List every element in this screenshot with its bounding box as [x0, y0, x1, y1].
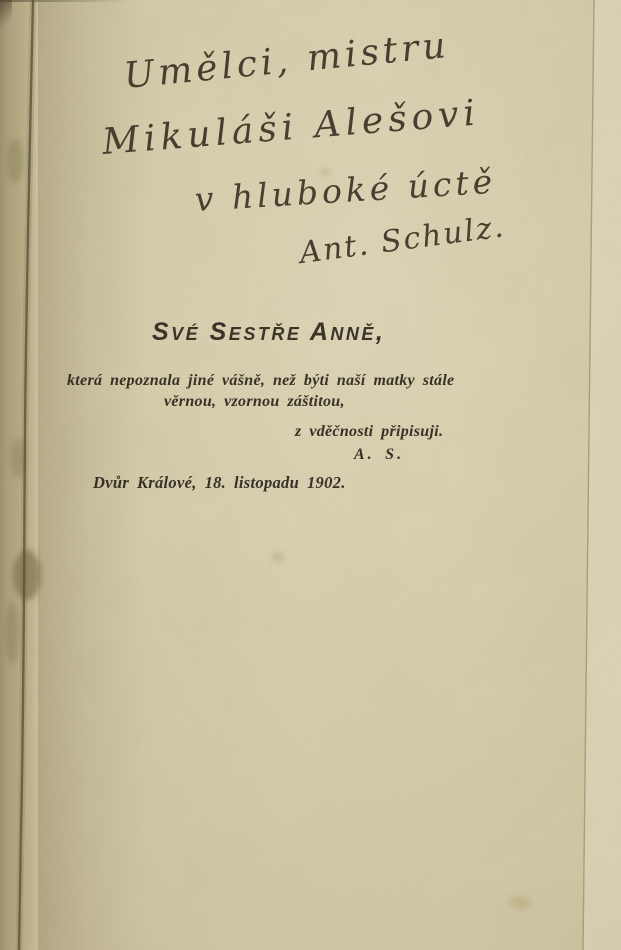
inscription-signature: Ant. Schulz.	[297, 209, 507, 271]
dedication-body-line-1: která nepoznala jiné vášně, než býti naš…	[67, 372, 454, 390]
dedication-body-line-2: věrnou, vzornou záštitou,	[164, 393, 345, 411]
dedication-heading: Své Sestře Anně,	[152, 318, 385, 347]
corner-mark	[0, 0, 12, 30]
stain	[11, 438, 26, 478]
inscription-line-2: Mikuláši Alešovi	[101, 92, 482, 163]
book-page-scan: Umělci, mistru Mikuláši Alešovi v hlubok…	[0, 0, 621, 950]
page-edge-line	[583, 0, 594, 950]
inscription-line-3: v hluboké úctě	[194, 162, 498, 219]
page-edge-sliver	[583, 0, 621, 950]
dedication-initials: A. S.	[354, 446, 404, 464]
top-edge-shadow	[0, 0, 130, 2]
dedication-attribution: z vděčnosti připisuji.	[295, 423, 443, 441]
stain	[5, 602, 20, 664]
inscription-line-1: Umělci, mistru	[122, 25, 451, 97]
stain	[13, 550, 41, 600]
stain	[510, 896, 530, 909]
stain	[272, 552, 284, 562]
dedication-dateline: Dvůr Králové, 18. listopadu 1902.	[93, 473, 346, 493]
stain	[7, 138, 23, 184]
